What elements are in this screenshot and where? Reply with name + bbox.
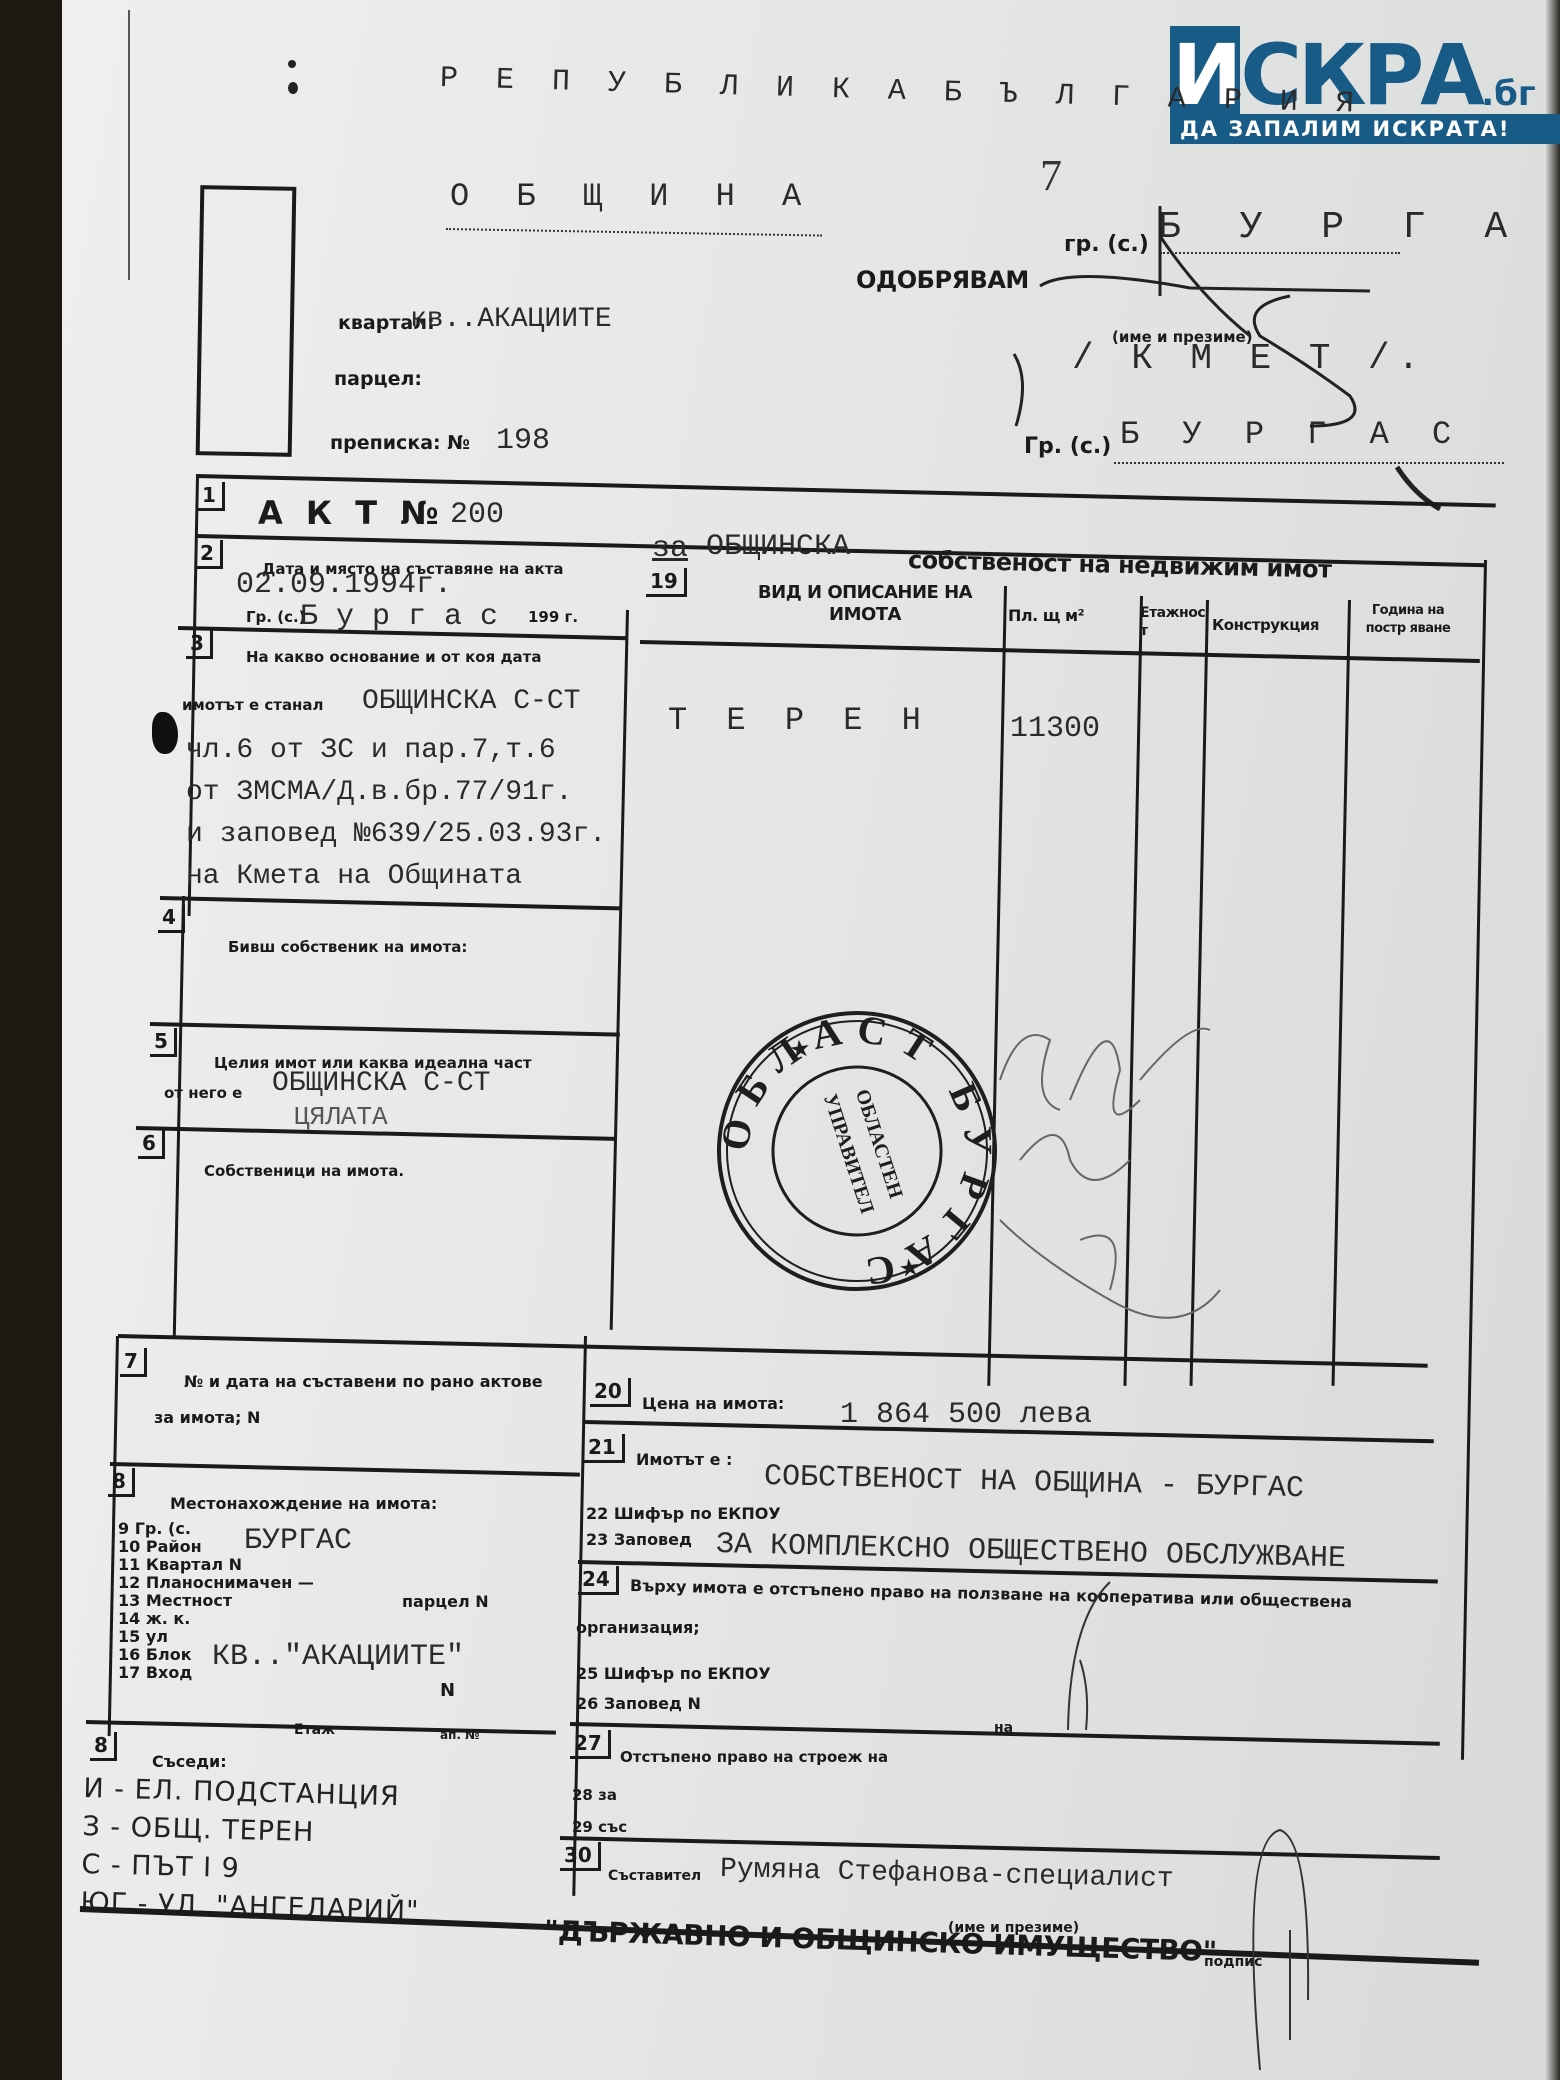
margin-rule (128, 10, 130, 280)
pen-stroke (1050, 1580, 1120, 1740)
parcel-label: парцел: (334, 368, 422, 390)
section-3-label-2: имотът е станал (182, 696, 324, 714)
table-cell-description: Т Е Р Е Н (668, 702, 931, 739)
ekpou-label-2: Шифър по ЕКПОУ (604, 1664, 771, 1683)
location-n-mark: N (440, 1680, 455, 1701)
ink-stroke (1395, 465, 1455, 515)
section-number: 1 (198, 482, 225, 511)
act-for-label: за (652, 532, 688, 566)
section-number: 29 (572, 1818, 593, 1836)
section-number: 19 (646, 568, 687, 597)
section-5-value-2: ЦЯЛАТА (294, 1102, 388, 1132)
section-number: 30 (560, 1842, 601, 1871)
col-header-floors: Етажност (1140, 604, 1206, 640)
ownership-type: ОБЩИНСКА (706, 530, 850, 564)
order-label: Заповед (614, 1530, 692, 1549)
ink-blot (152, 712, 178, 754)
status-label: Имотът е : (636, 1450, 732, 1469)
section-number: 4 (158, 904, 185, 933)
section-number: 28 (572, 1786, 593, 1804)
transcript-value: 198 (496, 424, 550, 458)
year-print: 199 г. (528, 608, 578, 626)
location-label: Местонахождение на имота: (170, 1494, 437, 1513)
section-3-value-head: ОБЩИНСКА С-СТ (362, 686, 580, 717)
location-city: БУРГАС (244, 1524, 352, 1558)
section-3-value: чл.6 от ЗС и пар.7,т.6 от ЗМСМА/Д.в.бр.7… (186, 730, 606, 898)
section-number: 2 (196, 540, 223, 569)
svg-text:★: ★ (788, 1035, 813, 1065)
bracket-mark (1008, 350, 1038, 430)
author-label: Съставител (608, 1868, 701, 1884)
section-7-label: № и дата на съставени по рано актове (184, 1372, 543, 1391)
for-label: за (598, 1786, 617, 1804)
with-label: със (598, 1818, 627, 1836)
section-2-city-label: Гр. (с.) (246, 608, 306, 626)
price-label: Цена на имота: (642, 1394, 784, 1413)
svg-text:★: ★ (897, 1253, 922, 1283)
section-number: 26 (576, 1694, 598, 1713)
section-5-label-2: от него е (164, 1084, 242, 1102)
section-5-value: ОБЩИНСКА С-СТ (272, 1068, 490, 1099)
city-underline-2 (1114, 462, 1504, 464)
logo-tagline: ДА ЗАПАЛИМ ИСКРАТА! (1170, 114, 1560, 144)
logo-suffix: .бг (1481, 74, 1535, 114)
location-complex: КВ.."АКАЦИИТЕ" (212, 1640, 464, 1674)
section-number: 22 (586, 1504, 608, 1523)
table-cell-area: 11300 (1010, 712, 1100, 746)
ink-mark (288, 60, 294, 100)
location-parcel-label: парцел N (402, 1592, 489, 1611)
section-number: 23 (586, 1530, 608, 1549)
ekpou-label: Шифър по ЕКПОУ (614, 1504, 781, 1523)
act-number: 200 (450, 498, 504, 532)
handwritten-signature (960, 960, 1290, 1360)
section-number: 24 (578, 1566, 619, 1595)
approve-label: ОДОБРЯВАМ (856, 266, 1029, 294)
usage-right-label-2: организация; (576, 1618, 700, 1637)
section-3-label: На какво основание и от коя дата (246, 648, 542, 666)
act-title: А К Т № (258, 494, 445, 532)
paper-edge (1546, 0, 1560, 2080)
municipality-heading: О Б Щ И Н А (450, 178, 815, 215)
order-label-2: Заповед N (604, 1694, 701, 1713)
section-number: 8 (108, 1468, 135, 1497)
page-mark: 7 (1040, 150, 1062, 201)
section-number: 5 (150, 1028, 177, 1057)
section-number: 6 (138, 1130, 165, 1159)
section-number: 25 (576, 1664, 598, 1683)
section-number: 20 (590, 1378, 631, 1407)
col-header-construction: Конструкция (1212, 616, 1319, 634)
section-7-label-2: за имота; N (154, 1408, 260, 1427)
section-number: 3 (186, 630, 213, 659)
col-header-year: Година на постр яване (1352, 602, 1464, 638)
city-label-2: Гр. (с.) (1024, 434, 1111, 459)
registration-box (196, 185, 297, 457)
section-number: 21 (584, 1434, 625, 1463)
section-number: 27 (570, 1730, 611, 1759)
quarter-value: кв..АКАЦИИТЕ (410, 304, 612, 335)
col-header-description: ВИД И ОПИСАНИЕ НА ИМОТА (740, 582, 990, 626)
transcript-label: преписка: № (330, 432, 470, 454)
section-number: 7 (120, 1348, 147, 1377)
section-number: 8 (90, 1732, 117, 1761)
section-6-label: Собственици на имота. (204, 1162, 404, 1180)
building-right-label: Отстъпено право на строеж на (620, 1748, 888, 1766)
act-date: 02.09.1994г. (236, 568, 452, 602)
mayor-signature (1010, 196, 1370, 436)
neighbors-label: Съседи: (152, 1752, 227, 1771)
author-signature (1250, 1800, 1330, 2080)
neighbors-list: И - ЕЛ. ПОДСТАНЦИЯ З - ОБЩ. ТЕРЕН С - ПЪ… (80, 1770, 423, 1931)
section-4-label: Бивш собственик на имота: (228, 938, 467, 956)
col-header-area: Пл. щ м² (1008, 606, 1084, 625)
